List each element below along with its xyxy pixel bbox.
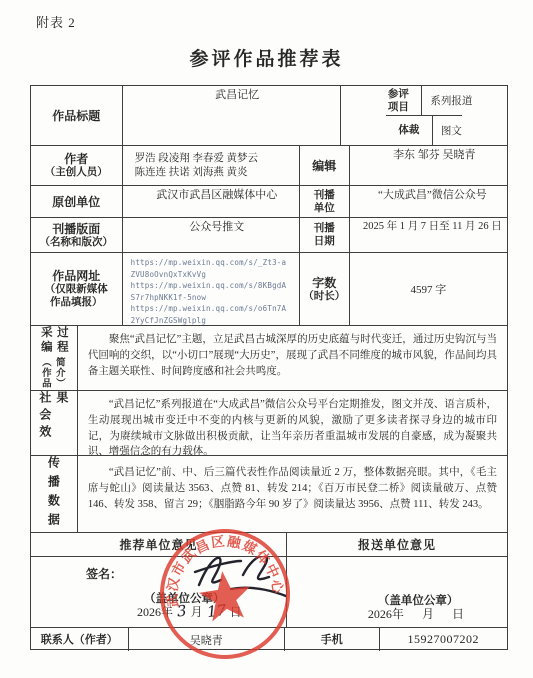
authors-line1: 罗浩 段凌翔 李春爱 黄梦云: [135, 152, 258, 166]
genre-value: 图文: [433, 116, 462, 145]
editor-label: 编辑: [312, 159, 336, 173]
recommend-opinion-header: 推荐单位意见: [119, 536, 197, 553]
publish-unit-label-line2: 单位: [314, 202, 335, 215]
org-value-cell: 武汉市武昌区融媒体中心: [123, 186, 300, 217]
editor-value: 李东 邹芬 吴晓青: [393, 146, 476, 162]
url-label-cell: 作品网址 （仅限新媒体 作品填报）: [31, 253, 123, 325]
row-opinion-body: 签名： （盖单位公章） 2026年3月17日 （盖单位公章） 2026年月日: [31, 557, 507, 628]
genre-subrow: 体裁 图文: [386, 115, 462, 145]
recommendation-form-table: 作品标题 武昌记忆 参评 项目 系列报道 体裁 图文 作者 （主: [30, 85, 508, 650]
publish-date-value: 2025 年 1 月 7 日至 11 月 26 日: [363, 218, 502, 233]
url-line: https://mp.weixin.qq.com/s/_Zt3-a: [131, 257, 287, 269]
url-label-line3: 作品填报）: [50, 296, 103, 309]
submit-opinion-body-cell: （盖单位公章） 2026年月日: [287, 557, 507, 627]
entry-item-label-line2: 项目: [388, 101, 409, 114]
genre-label: 体裁: [398, 124, 419, 137]
row-process: 采编过程 （作品简介） 聚焦“武昌记忆”主题，立足武昌古城深厚的历史底蕴与时代变…: [31, 326, 507, 391]
row-layout: 刊播版面 （名称和版次） 公众号推文 刊播 日期 2025 年 1 月 7 日至…: [31, 218, 507, 253]
layout-value: 公众号推文: [189, 218, 244, 234]
editor-value-cell: 李东 邹芬 吴晓青: [350, 146, 507, 185]
publish-date-label-cell: 刊播 日期: [300, 218, 350, 252]
signature-label: 签名：: [86, 565, 122, 582]
authors-label-cell: 作者 （主创人员）: [31, 146, 123, 185]
contact-name-cell: 吴晓青: [129, 628, 285, 651]
process-label-cell: 采编过程 （作品简介）: [31, 326, 78, 390]
authors-value-cell: 罗浩 段凌翔 李春爱 黄梦云 陈连连 扶诺 刘海燕 黄炎: [123, 146, 300, 185]
url-label-line1: 作品网址: [52, 269, 100, 283]
submit-opinion-header-cell: 报送单位意见: [287, 533, 507, 556]
effect-text: “武昌记忆”系列报道在“大成武昌”微信公众号平台定期推发，图文并茂、语言质朴，生…: [78, 391, 507, 455]
row-work-title: 作品标题 武昌记忆 参评 项目 系列报道 体裁 图文: [31, 86, 507, 146]
publish-unit-value-cell: “大成武昌”微信公众号: [350, 186, 507, 217]
layout-label-line2: （名称和版次）: [40, 236, 114, 249]
publish-unit-label-cell: 刊播 单位: [300, 186, 350, 217]
work-title-value-cell: 武昌记忆: [123, 86, 341, 145]
word-count-value-cell: 4597 字: [350, 253, 507, 325]
row-opinion-headers: 推荐单位意见 报送单位意见: [31, 533, 507, 557]
publish-date-label-line2: 日期: [314, 235, 335, 248]
word-count-label-line2: （时长）: [303, 290, 345, 303]
spread-label-cell: 传播数据: [31, 456, 78, 532]
url-list: https://mp.weixin.qq.com/s/_Zt3-a ZVU8oO…: [123, 253, 287, 325]
entry-genre-block: 参评 项目 系列报道 体裁 图文: [341, 86, 507, 145]
editor-label-cell: 编辑: [300, 146, 350, 185]
publish-unit-value: “大成武昌”微信公众号: [378, 186, 487, 202]
row-urls: 作品网址 （仅限新媒体 作品填报） https://mp.weixin.qq.c…: [31, 253, 507, 326]
process-text-cell: 聚焦“武昌记忆”主题，立足武昌古城深厚的历史底蕴与时代变迁，通过历史钩沉与当代回…: [78, 326, 507, 390]
contact-name: 吴晓青: [190, 632, 223, 648]
work-title-label: 作品标题: [52, 109, 100, 123]
org-value: 武汉市武昌区融媒体中心: [156, 186, 277, 202]
url-value-cell: https://mp.weixin.qq.com/s/_Zt3-a ZVU8oO…: [123, 253, 300, 325]
entry-item-value: 系列报道: [422, 86, 472, 115]
process-label-sub: （作品简介）: [38, 357, 70, 390]
right-date-day-char: 日: [452, 607, 464, 621]
handwritten-signature: [181, 557, 287, 607]
url-line: https://mp.weixin.qq.com/s/o6Tn7A: [131, 303, 287, 315]
right-date-month-char: 月: [422, 607, 434, 621]
effect-text-cell: “武昌记忆”系列报道在“大成武昌”微信公众号平台定期推发，图文并茂、语言质朴，生…: [78, 391, 507, 455]
authors-label-line1: 作者: [64, 152, 88, 166]
effect-label-cell: 社会效果: [31, 391, 78, 455]
phone-value-cell: 15927007202: [380, 628, 507, 651]
right-date-line: 2026年月日: [368, 605, 464, 622]
authors-line2: 陈连连 扶诺 刘海燕 黄炎: [135, 166, 248, 180]
row-authors: 作者 （主创人员） 罗浩 段凌翔 李春爱 黄梦云 陈连连 扶诺 刘海燕 黄炎 编…: [31, 146, 507, 186]
page-title: 参评作品推荐表: [0, 44, 533, 71]
right-date-year: 2026年: [368, 607, 404, 621]
left-date-year: 2026年: [137, 605, 173, 619]
contact-label-cell: 联系人（作者）: [31, 628, 129, 651]
left-date-day-char: 日: [230, 605, 242, 619]
row-effect: 社会效果 “武昌记忆”系列报道在“大成武昌”微信公众号平台定期推发，图文并茂、语…: [31, 391, 507, 456]
genre-label-cell: 体裁: [386, 116, 433, 145]
spread-text-cell: “武昌记忆”前、中、后三篇代表性作品阅读量近 2 万，整体数据亮眼。其中，《毛主…: [78, 456, 507, 532]
org-label-cell: 原创单位: [31, 186, 123, 217]
phone-label-cell: 手机: [285, 628, 380, 651]
publish-unit-label-line1: 刊播: [314, 189, 335, 202]
url-line: S7r7hpNKK1f-5now: [131, 292, 287, 304]
url-line: https://mp.weixin.qq.com/s/8KBgdA: [131, 280, 287, 292]
url-line: 2YyCfJnZGSWglplg: [131, 315, 287, 326]
entry-item-subrow: 参评 项目 系列报道: [375, 86, 472, 115]
entry-item-label-cell: 参评 项目: [375, 86, 422, 115]
publish-date-label-line1: 刊播: [314, 222, 335, 235]
work-title-label-cell: 作品标题: [31, 86, 123, 145]
org-label: 原创单位: [52, 195, 100, 209]
annex-label: 附表 2: [36, 12, 76, 31]
spread-text: “武昌记忆”前、中、后三篇代表性作品阅读量近 2 万，整体数据亮眼。其中，《毛主…: [78, 456, 507, 516]
process-label-main: 采编过程: [38, 326, 70, 357]
url-line: ZVU8oOvnQxTxKvVg: [131, 269, 287, 281]
spread-label: 传播数据: [45, 456, 62, 532]
row-spread: 传播数据 “武昌记忆”前、中、后三篇代表性作品阅读量近 2 万，整体数据亮眼。其…: [31, 456, 507, 533]
row-contact: 联系人（作者） 吴晓青 手机 15927007202: [31, 628, 507, 651]
url-label-line2: （仅限新媒体: [45, 283, 108, 296]
layout-value-cell: 公众号推文: [123, 218, 300, 252]
phone-label: 手机: [321, 633, 343, 647]
layout-label-cell: 刊播版面 （名称和版次）: [31, 218, 123, 252]
submit-opinion-header: 报送单位意见: [358, 536, 436, 553]
word-count-label-cell: 字数 （时长）: [300, 253, 350, 325]
process-text: 聚焦“武昌记忆”主题，立足武昌古城深厚的历史底蕴与时代变迁，通过历史钩沉与当代回…: [78, 326, 507, 383]
row-original-org: 原创单位 武汉市武昌区融媒体中心 刊播 单位 “大成武昌”微信公众号: [31, 186, 507, 218]
entry-item-label-line1: 参评: [388, 88, 409, 101]
layout-label-line1: 刊播版面: [52, 222, 100, 236]
recommend-opinion-header-cell: 推荐单位意见: [31, 533, 287, 556]
authors-label-line2: （主创人员）: [45, 166, 108, 179]
left-date-month-char: 月: [191, 605, 203, 619]
publish-date-value-cell: 2025 年 1 月 7 日至 11 月 26 日: [350, 218, 507, 252]
contact-label: 联系人（作者）: [41, 633, 118, 647]
work-title-value: 武昌记忆: [215, 86, 259, 102]
word-count-value: 4597 字: [410, 281, 446, 297]
process-label: 采编过程 （作品简介）: [38, 326, 70, 390]
recommend-opinion-body-cell: 签名： （盖单位公章） 2026年3月17日: [31, 557, 287, 627]
effect-label: 社会效果: [37, 391, 71, 455]
phone-value: 15927007202: [408, 632, 480, 647]
word-count-label-line1: 字数: [312, 276, 336, 290]
